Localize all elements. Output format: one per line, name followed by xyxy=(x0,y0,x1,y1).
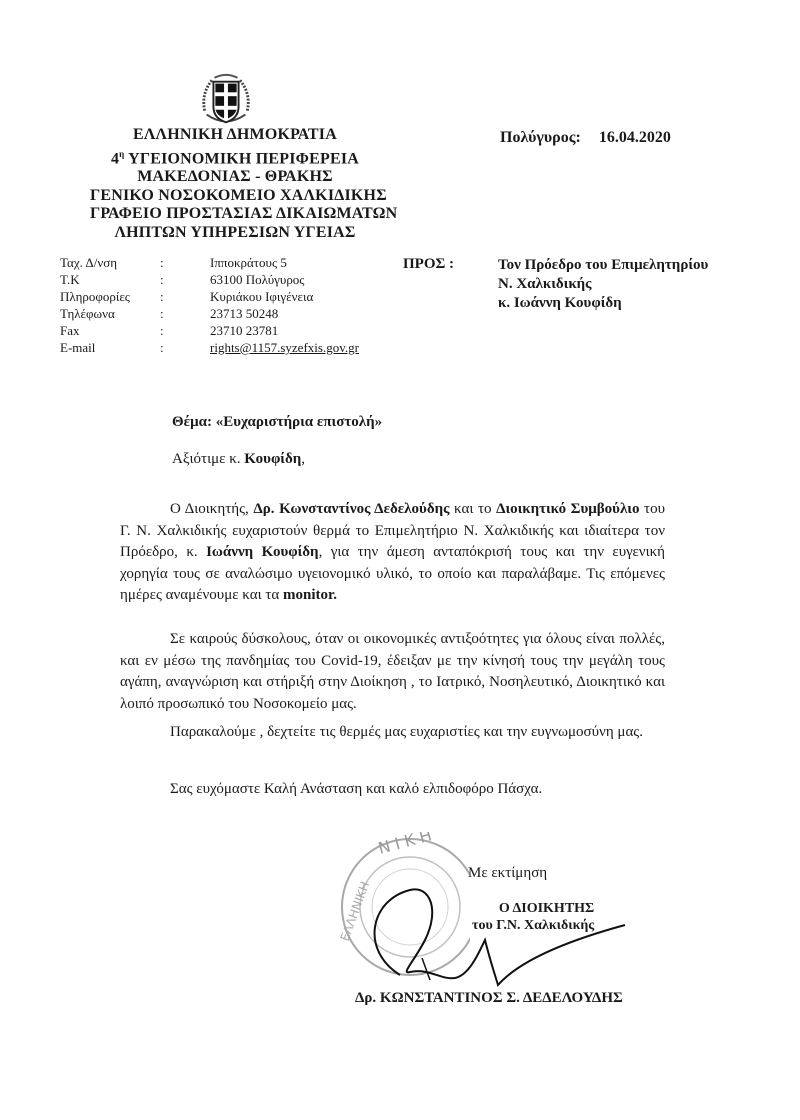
letterhead: ΕΛΛΗΝΙΚΗ ΔΗΜΟΚΡΑΤΙΑ 4η ΥΓΕΙΟΝΟΜΙΚΗ ΠΕΡΙΦ… xyxy=(90,126,380,242)
contact-row-phone: Τηλέφωνα:23713 50248 xyxy=(60,305,359,322)
header-line-6: ΛΗΠΤΩΝ ΥΠΗΡΕΣΙΩΝ ΥΓΕΙΑΣ xyxy=(90,224,380,243)
header-line-3: ΜΑΚΕΔΟΝΙΑΣ - ΘΡΑΚΗΣ xyxy=(90,168,380,187)
recipient-label: ΠΡΟΣ : xyxy=(403,256,454,273)
svg-text:Ν Ι Κ Η: Ν Ι Κ Η xyxy=(376,832,434,858)
paragraph-2: Σε καιρούς δύσκολους, όταν οι οικονομικέ… xyxy=(120,629,665,715)
paragraph-1: Ο Διοικητής, Δρ. Κωνσταντίνος Δεδελούδης… xyxy=(120,499,665,607)
header-line-1: ΕΛΛΗΝΙΚΗ ΔΗΜΟΚΡΑΤΙΑ xyxy=(90,126,380,145)
place-date: Πολύγυρος:16.04.2020 xyxy=(500,129,671,147)
contact-row-address: Ταχ. Δ/νση:Ιπποκράτους 5 xyxy=(60,254,359,271)
greek-coat-of-arms-icon xyxy=(197,72,255,130)
place-label: Πολύγυρος: xyxy=(500,129,581,146)
paragraph-4: Σας ευχόμαστε Καλή Ανάσταση και καλό ελπ… xyxy=(120,779,665,801)
greeting: Αξιότιμε κ. Κουφίδη, xyxy=(172,451,305,468)
contact-row-info: Πληροφορίες:Κυριάκου Ιφιγένεια xyxy=(60,288,359,305)
contact-info: Ταχ. Δ/νση:Ιπποκράτους 5 T.K:63100 Πολύγ… xyxy=(60,254,359,356)
signatory-title: Ο ΔΙΟΙΚΗΤΗΣ του Γ.Ν. Χαλκιδικής xyxy=(472,900,594,934)
handwritten-signature-icon xyxy=(370,880,630,990)
email-link[interactable]: rights@1157.syzefxis.gov.gr xyxy=(210,340,359,355)
recipient-address: Τον Πρόεδρο του Επιμελητηρίου Ν. Χαλκιδι… xyxy=(498,256,708,313)
header-line-4: ΓΕΝΙΚΟ ΝΟΣΟΚΟΜΕΙΟ ΧΑΛΚΙΔΙΚΗΣ xyxy=(90,187,380,206)
contact-row-email: E-mail:rights@1157.syzefxis.gov.gr xyxy=(60,339,359,356)
signatory-name: Δρ. ΚΩΝΣΤΑΝΤΙΝΟΣ Σ. ΔΕΔΕΛΟΥΔΗΣ xyxy=(355,990,623,1007)
letter-subject: Θέμα: «Ευχαριστήρια επιστολή» xyxy=(172,414,382,431)
contact-row-fax: Fax:23710 23781 xyxy=(60,322,359,339)
header-line-2: 4η ΥΓΕΙΟΝΟΜΙΚΗ ΠΕΡΙΦΕΡΕΙΑ xyxy=(90,145,380,169)
contact-row-postcode: T.K:63100 Πολύγυρος xyxy=(60,271,359,288)
paragraph-3: Παρακαλούμε , δεχτείτε τις θερμές μας ευ… xyxy=(120,719,665,745)
header-line-5: ΓΡΑΦΕΙΟ ΠΡΟΣΤΑΣΙΑΣ ΔΙΚΑΙΩΜΑΤΩΝ xyxy=(90,205,380,224)
closing: Με εκτίμηση xyxy=(468,865,547,882)
letter-date: 16.04.2020 xyxy=(599,129,671,146)
